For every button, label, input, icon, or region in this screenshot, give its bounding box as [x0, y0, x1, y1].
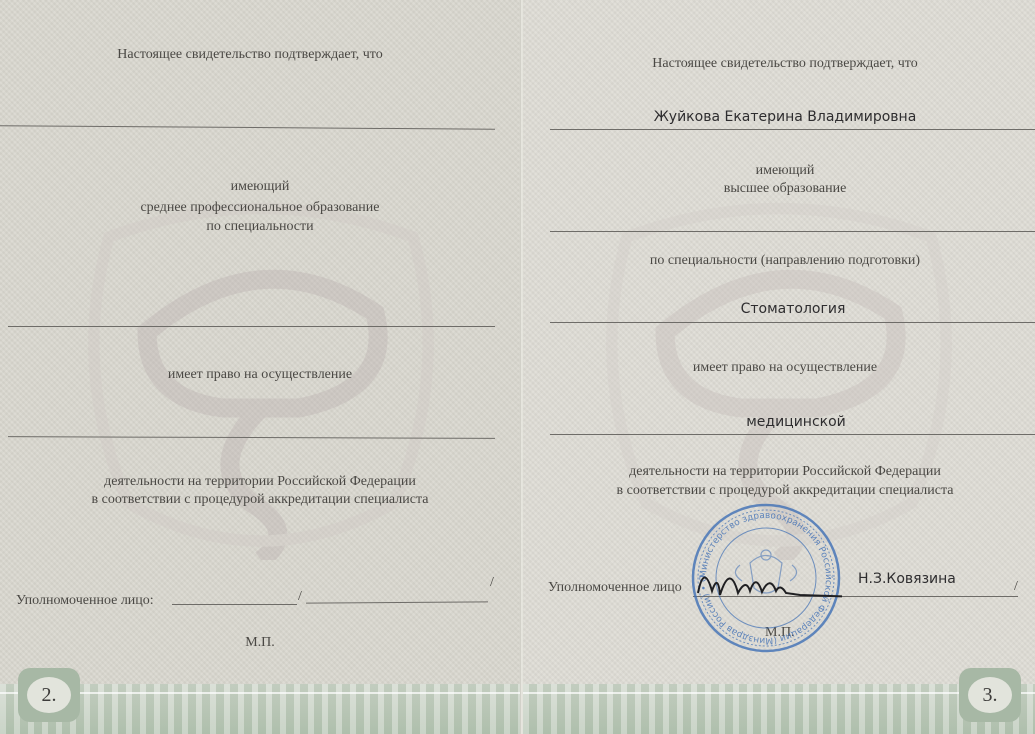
intro-text: Настоящее свидетельство подтверждает, чт…: [0, 46, 500, 63]
intro-text: Настоящее свидетельство подтверждает, чт…: [523, 55, 1035, 72]
activity-line2: в соответствии с процедурой аккредитации…: [0, 491, 520, 508]
education-line: [550, 231, 1035, 232]
official-stamp: Министерство здравоохранения Российской …: [690, 503, 842, 653]
activity-line: [8, 436, 495, 439]
activity-line1: деятельности на территории Российской Фе…: [0, 473, 520, 490]
left-page: Настоящее свидетельство подтверждает, чт…: [0, 0, 522, 734]
activity-line2: в соответствии с процедурой аккредитации…: [523, 482, 1035, 499]
slash-left: /: [298, 588, 302, 605]
activity-type: медицинской: [523, 414, 1035, 430]
page-number: 3.: [968, 677, 1012, 713]
slash-right: /: [1014, 578, 1018, 595]
activity-line: [550, 434, 1035, 435]
specialty-line: [8, 326, 495, 327]
page-number-badge: 2.: [18, 668, 80, 722]
education-text: среднее профессиональное образование: [0, 199, 520, 216]
slash-right: /: [490, 574, 494, 591]
page-number: 2.: [27, 677, 71, 713]
right-to-text: имеет право на осуществление: [523, 359, 1035, 376]
name-line: [550, 129, 1035, 130]
having-text: имеющий: [0, 178, 520, 195]
svg-text:Министерство здравоохранения Р: Министерство здравоохранения Российской …: [690, 503, 833, 645]
signature-scribble: [698, 577, 842, 597]
education-text: высшее образование: [523, 180, 1035, 197]
seal-place: М.П.: [0, 634, 520, 651]
by-specialty-text: по специальности: [0, 218, 520, 235]
full-name: Жуйкова Екатерина Владимировна: [523, 109, 1035, 125]
authorized-label: Уполномоченное лицо:: [16, 592, 154, 609]
right-to-text: имеет право на осуществление: [0, 366, 520, 383]
signatory-name: Н.З.Ковязина: [858, 571, 956, 587]
authorized-label: Уполномоченное лицо: [548, 579, 682, 596]
page-number-badge: 3.: [959, 668, 1021, 722]
having-text: имеющий: [523, 162, 1035, 179]
signature-line: [172, 604, 297, 605]
specialty-line: [550, 322, 1035, 323]
name-line: [0, 125, 495, 129]
by-specialty-text: по специальности (направлению подготовки…: [523, 252, 1035, 269]
specialty-value: Стоматология: [523, 301, 1035, 317]
activity-line1: деятельности на территории Российской Фе…: [523, 463, 1035, 480]
name-signature-line: [306, 601, 488, 603]
stamp-text: Министерство здравоохранения Российской …: [690, 503, 833, 645]
